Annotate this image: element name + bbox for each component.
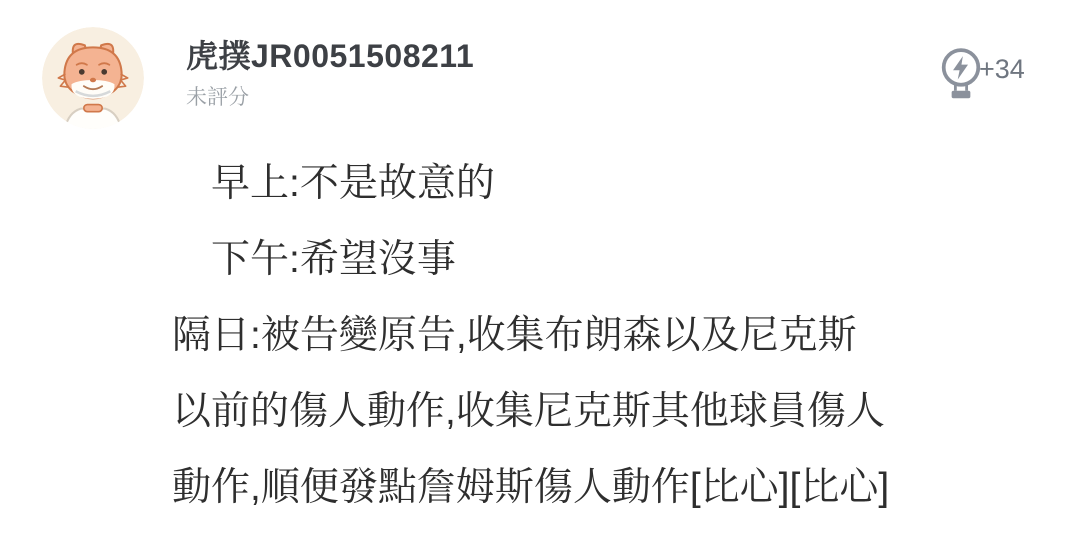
light-count: +34 [979,54,1025,85]
comment-line: 早上:不是故意的 [172,146,932,222]
comment-line: 動作,順便發點詹姆斯傷人動作[比心][比心] [172,450,932,526]
avatar[interactable] [42,27,144,129]
comment-line: 以前的傷人動作,收集尼克斯其他球員傷人 [172,374,932,450]
username[interactable]: 虎撲JR0051508211 [186,31,474,77]
tiger-cub-avatar-icon [42,27,144,129]
comment-card: 虎撲JR0051508211 未評分 +34 早上:不是故意的 下午:希望沒事 … [0,0,1080,553]
comment-body: 早上:不是故意的 下午:希望沒事 隔日:被告變原告,收集布朗森以及尼克斯 以前的… [172,146,932,526]
user-grade-label: 未評分 [186,81,249,111]
comment-line: 隔日:被告變原告,收集布朗森以及尼克斯 [172,298,932,374]
comment-line: 下午:希望沒事 [172,222,932,298]
light-button[interactable]: +34 [936,44,1025,102]
